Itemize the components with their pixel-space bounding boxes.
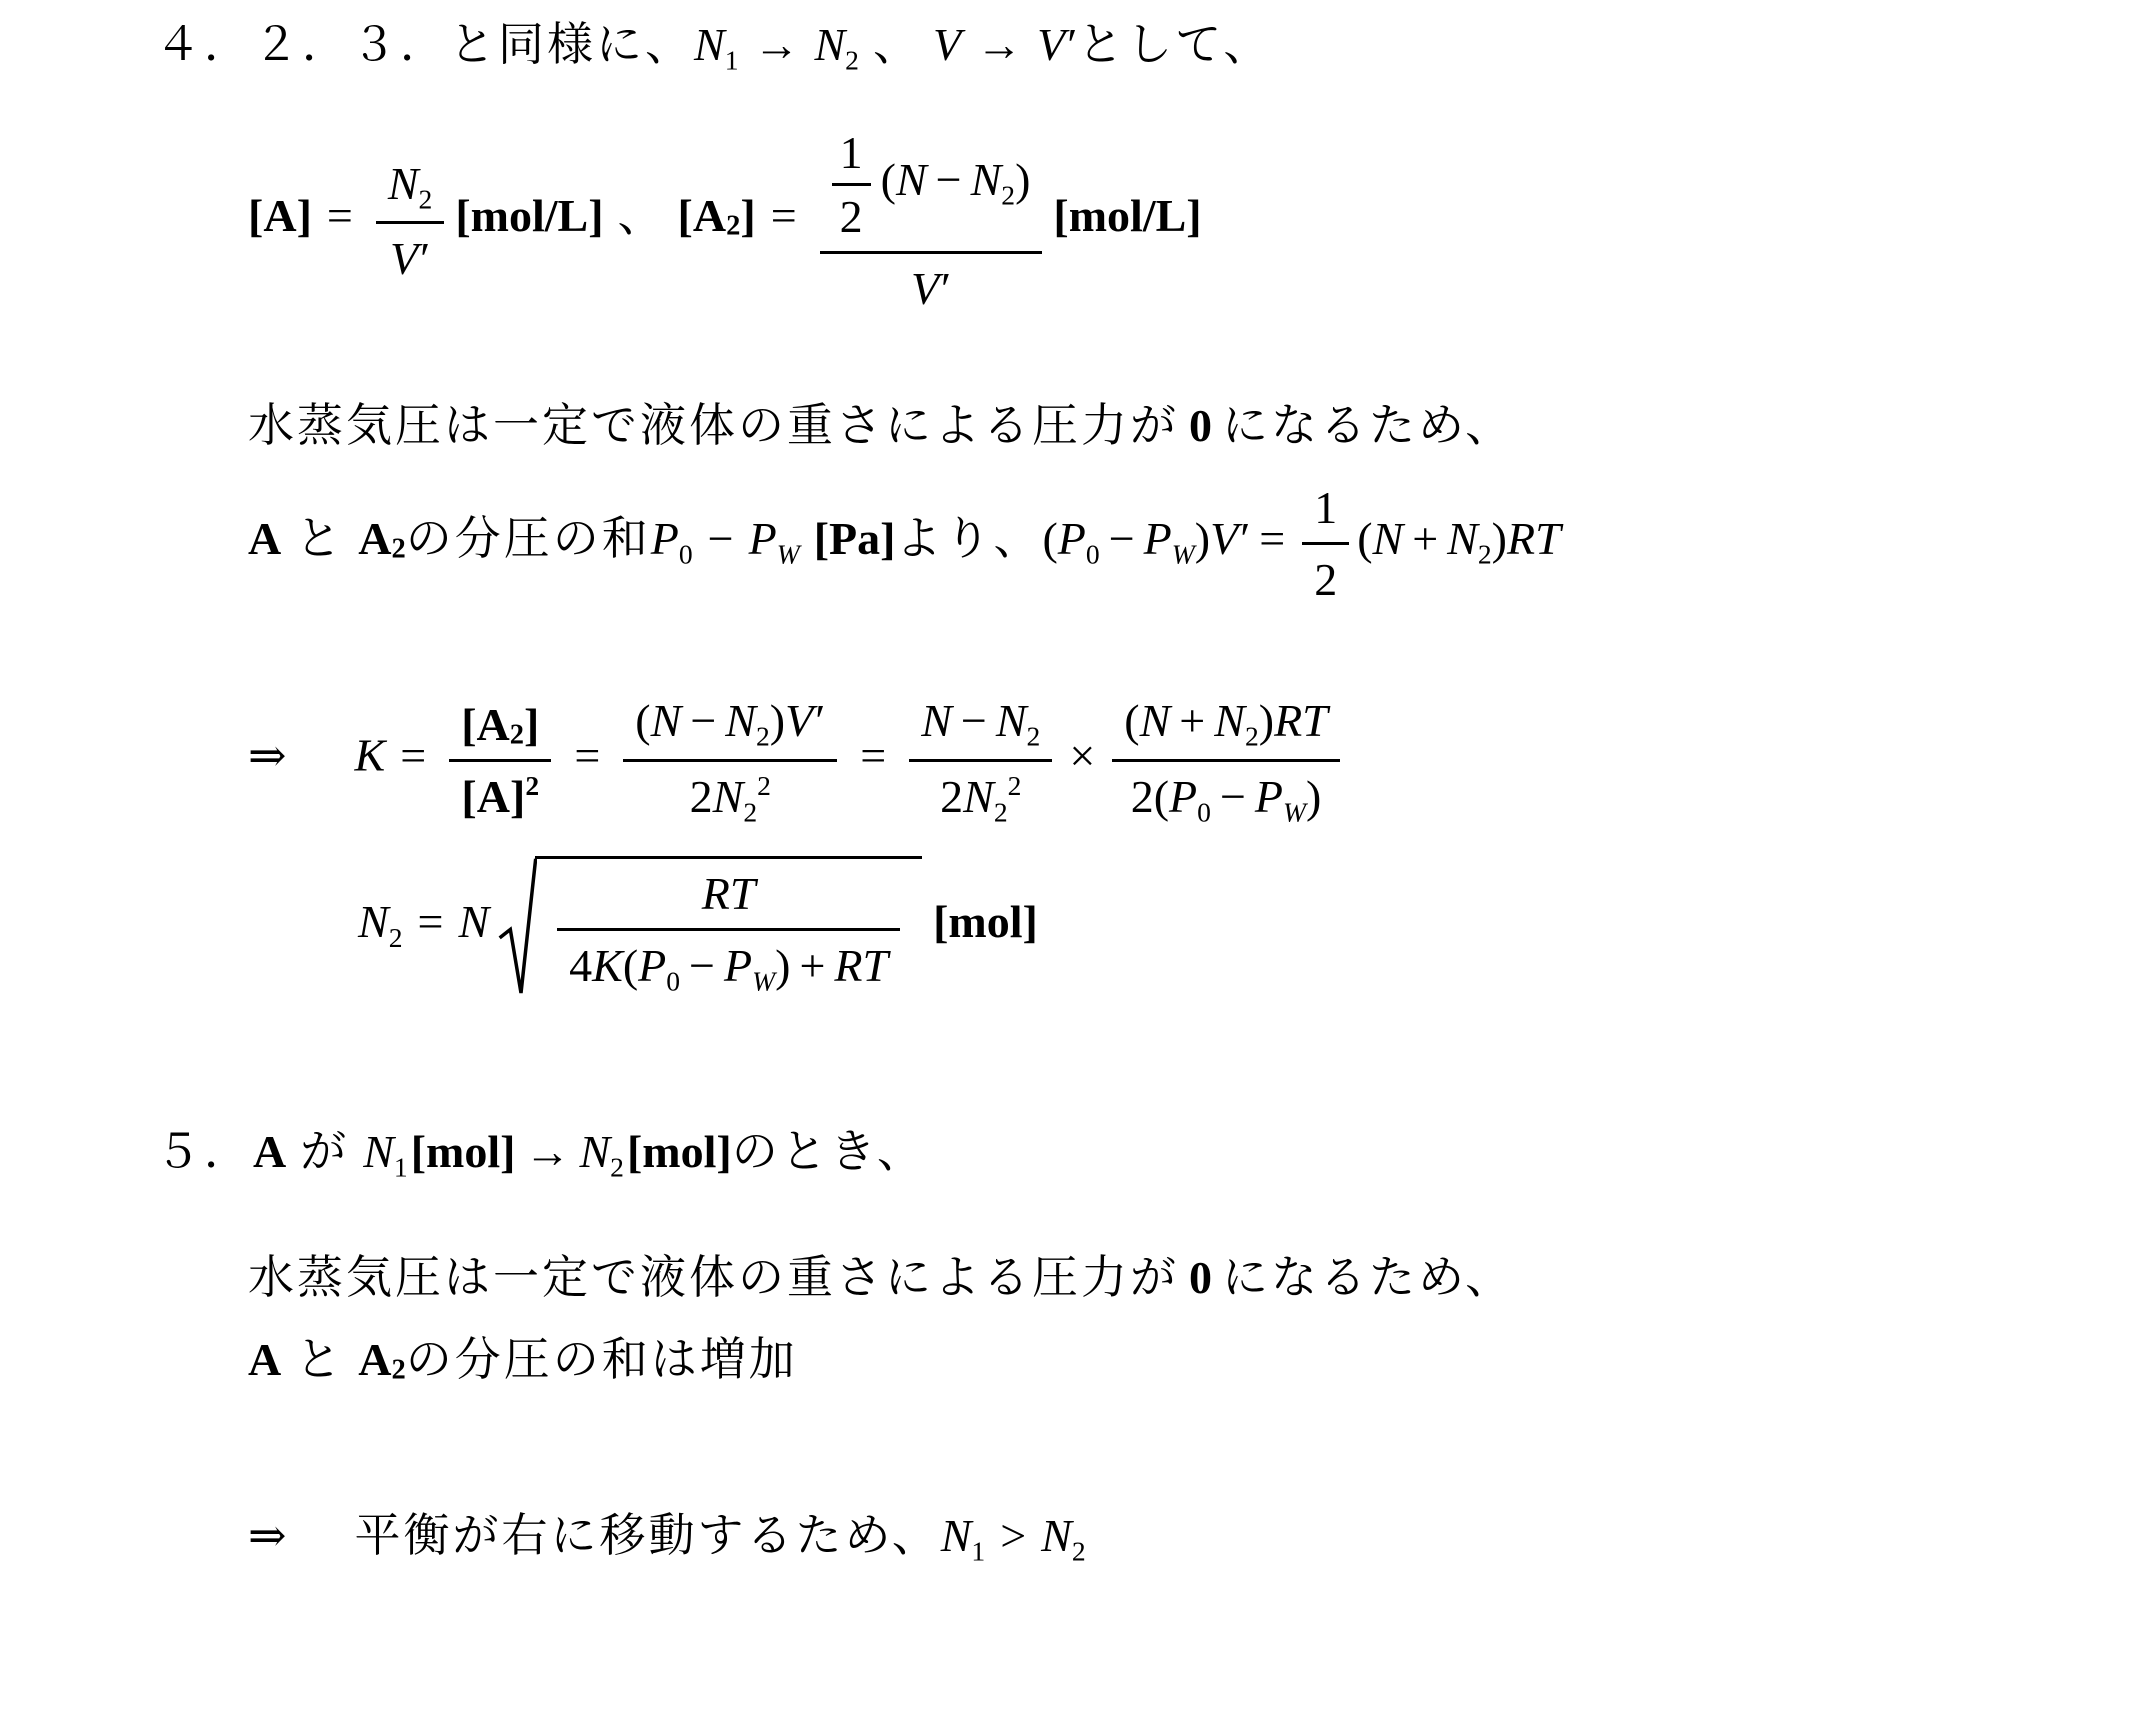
subscript-1: 1 bbox=[394, 1152, 408, 1183]
vapor-text-a: 水蒸気圧は一定で液体の重さによる圧力が bbox=[248, 400, 1179, 451]
var-K: K bbox=[592, 940, 623, 991]
subscript-0: 0 bbox=[666, 965, 680, 996]
paren-close: ) bbox=[770, 695, 785, 746]
unit-mol: [mol] bbox=[627, 1126, 732, 1177]
vapor-text-b: になるため、 bbox=[1222, 1252, 1514, 1303]
particle-ga: が bbox=[300, 1126, 349, 1177]
var-V: V bbox=[1037, 19, 1065, 70]
conclusion-line: ⇒平衡が右に移動するため、N1>N2 bbox=[248, 1499, 2147, 1565]
fraction-nminusn2-over-2n2sq: N−N22N22 bbox=[909, 692, 1052, 828]
yori-text: より、 bbox=[895, 513, 1042, 564]
paren-close: ) bbox=[1306, 771, 1321, 822]
bracket-close: ] bbox=[524, 699, 539, 750]
species-A: A bbox=[248, 1334, 281, 1385]
var-V: V bbox=[390, 233, 418, 284]
sum-increase-line: AとA2の分圧の和は増加 bbox=[248, 1323, 2147, 1389]
unit-mol-per-L: [mol/L] bbox=[1053, 190, 1201, 241]
prime-mark: ′ bbox=[1240, 513, 1250, 564]
species-A: A bbox=[253, 1126, 286, 1177]
operator-minus: − bbox=[1109, 513, 1135, 564]
superscript-2: 2 bbox=[757, 769, 771, 800]
paren-open: ( bbox=[635, 695, 650, 746]
heading4-text: ４．２．３．と同様に、 bbox=[155, 19, 694, 70]
subscript-2: 2 bbox=[389, 922, 403, 953]
species-A-bracketed: [A] bbox=[248, 190, 312, 241]
subscript-2: 2 bbox=[1478, 539, 1492, 570]
paren-open: ( bbox=[623, 940, 638, 991]
var-P: P bbox=[1058, 513, 1086, 564]
species-A: A bbox=[477, 699, 510, 750]
fraction-denominator: V′ bbox=[820, 254, 1043, 317]
var-N: N bbox=[458, 896, 489, 947]
operator-greater-than: > bbox=[1000, 1510, 1026, 1561]
bracket-close: ] bbox=[297, 190, 312, 241]
species-A: A bbox=[358, 513, 391, 564]
prime-mark: ′ bbox=[815, 695, 825, 746]
var-N: N bbox=[358, 896, 389, 947]
subscript-2: 2 bbox=[391, 534, 405, 565]
var-P: P bbox=[1144, 513, 1172, 564]
var-V: V bbox=[1210, 513, 1238, 564]
pressure-relation: AとA2の分圧の和P0−PW[Pa]より、(P0−PW)V′=12(N+N2)R… bbox=[248, 479, 2147, 608]
subscript-1: 1 bbox=[725, 45, 739, 76]
fraction-numerator: N2 bbox=[376, 155, 444, 224]
var-RT: RT bbox=[834, 940, 888, 991]
paren-close: ) bbox=[1195, 513, 1210, 564]
bracket-close: ] bbox=[510, 771, 525, 822]
operator-plus: + bbox=[799, 940, 825, 991]
paren-open: ( bbox=[1042, 513, 1057, 564]
n2-result-eq: N2=NRT4K(P0−PW)+RT[mol] bbox=[358, 856, 2147, 997]
fraction-denominator: 4K(P0−PW)+RT bbox=[557, 931, 900, 997]
var-P: P bbox=[1255, 771, 1283, 822]
fraction-numerator: (N−N2)V′ bbox=[623, 692, 837, 761]
bracket-open: [ bbox=[461, 771, 476, 822]
bracket-close: ] bbox=[740, 190, 755, 241]
operator-equals: = bbox=[327, 190, 353, 241]
superscript-2: 2 bbox=[1008, 769, 1022, 800]
subscript-2: 2 bbox=[1072, 1536, 1086, 1567]
fraction-numerator: 1 bbox=[1302, 479, 1349, 545]
operator-plus: + bbox=[1412, 513, 1438, 564]
subscript-2: 2 bbox=[610, 1152, 624, 1183]
unit-Pa: [Pa] bbox=[814, 513, 896, 564]
operator-equals: = bbox=[860, 730, 886, 781]
superscript-2: 2 bbox=[525, 769, 539, 800]
arrow-icon: → bbox=[976, 19, 1022, 70]
radicand: RT4K(P0−PW)+RT bbox=[535, 856, 922, 997]
prime-mark: ′ bbox=[1067, 19, 1077, 70]
subscript-2: 2 bbox=[391, 1355, 405, 1386]
comma: 、 bbox=[873, 19, 919, 70]
var-P: P bbox=[651, 513, 679, 564]
subscript-0: 0 bbox=[1086, 539, 1100, 570]
subscript-W: W bbox=[1172, 539, 1195, 570]
concentration-formulas: [A]=N2V′[mol/L]、[A2]=12(N−N2)V′[mol/L] bbox=[248, 124, 2147, 317]
bracket-open: [ bbox=[678, 190, 693, 241]
species-A2: A2 bbox=[358, 1334, 406, 1385]
implies-icon: ⇒ bbox=[248, 1510, 287, 1561]
vapor-text-b: になるため、 bbox=[1222, 400, 1514, 451]
subscript-0: 0 bbox=[1197, 796, 1211, 827]
var-P: P bbox=[749, 513, 777, 564]
bracket-open: [ bbox=[248, 190, 263, 241]
fraction-numerator: N−N2 bbox=[909, 692, 1052, 761]
prime-mark: ′ bbox=[420, 233, 430, 284]
var-N: N bbox=[1214, 695, 1245, 746]
fraction-denominator: 2(P0−PW) bbox=[1112, 762, 1339, 828]
particle-to: と bbox=[295, 1334, 344, 1385]
unit-mol: [mol] bbox=[411, 1126, 516, 1177]
fraction-numerator: (N+N2)RT bbox=[1112, 692, 1339, 761]
coefficient-2: 2 bbox=[690, 771, 713, 822]
subscript-W: W bbox=[752, 965, 775, 996]
sqrt-radical: RT4K(P0−PW)+RT bbox=[497, 856, 922, 997]
equilibrium-shift-text: 平衡が右に移動するため、 bbox=[355, 1510, 941, 1561]
fraction-n2-over-vprime: N2V′ bbox=[376, 155, 444, 287]
species-A: A bbox=[248, 513, 281, 564]
vapor-note-2: 水蒸気圧は一定で液体の重さによる圧力が0になるため、 bbox=[248, 1241, 2147, 1307]
subscript-2: 2 bbox=[994, 796, 1008, 827]
operator-minus: − bbox=[1220, 771, 1246, 822]
arrow-icon: → bbox=[753, 19, 799, 70]
var-N: N bbox=[1041, 1510, 1072, 1561]
fraction-A2-over-A-squared: [A2][A]2 bbox=[449, 696, 551, 825]
unit-mol-per-L: [mol/L] bbox=[455, 190, 603, 241]
species-A: A bbox=[263, 190, 296, 241]
fraction-half-n-minus-n2-over-vprime: 12(N−N2)V′ bbox=[820, 124, 1043, 317]
operator-equals: = bbox=[1259, 513, 1285, 564]
coefficient-4: 4 bbox=[569, 940, 592, 991]
species-A: A bbox=[358, 1334, 391, 1385]
implies-icon: ⇒ bbox=[248, 730, 287, 781]
var-RT: RT bbox=[1507, 513, 1561, 564]
fraction-numerator: 12(N−N2) bbox=[820, 124, 1043, 254]
heading-step4: ４．２．３．と同様に、N1→N2、V→V′として、 bbox=[155, 8, 2147, 74]
paren-open: ( bbox=[1357, 513, 1372, 564]
paren-open: ( bbox=[881, 154, 896, 205]
var-P: P bbox=[1169, 771, 1197, 822]
var-N: N bbox=[814, 19, 845, 70]
fraction-nminusn2-vprime-over-2n2sq: (N−N2)V′2N22 bbox=[623, 692, 837, 828]
species-A: A bbox=[477, 771, 510, 822]
operator-equals: = bbox=[574, 730, 600, 781]
var-P: P bbox=[724, 940, 752, 991]
var-N: N bbox=[694, 19, 725, 70]
var-N: N bbox=[651, 695, 682, 746]
particle-to: と bbox=[295, 513, 344, 564]
var-V: V bbox=[933, 19, 961, 70]
var-N: N bbox=[388, 158, 419, 209]
comma: 、 bbox=[618, 190, 664, 241]
fraction-one-half: 12 bbox=[832, 126, 871, 243]
paren-close: ) bbox=[775, 940, 790, 991]
no-toki-text: のとき、 bbox=[732, 1126, 926, 1177]
fraction-denominator: 2 bbox=[832, 186, 871, 243]
subscript-2: 2 bbox=[510, 719, 524, 750]
subscript-1: 1 bbox=[971, 1536, 985, 1567]
heading4-tail: として、 bbox=[1077, 19, 1272, 70]
paren-open: ( bbox=[1154, 771, 1169, 822]
coefficient-2: 2 bbox=[1131, 771, 1154, 822]
fraction-denominator: 2 bbox=[1302, 545, 1349, 608]
paren-close: ) bbox=[1492, 513, 1507, 564]
coefficient-2: 2 bbox=[940, 771, 963, 822]
heading-step5: ５．AがN1[mol]→N2[mol]のとき、 bbox=[155, 1115, 2147, 1181]
paren-close: ) bbox=[1015, 154, 1030, 205]
subscript-2: 2 bbox=[756, 721, 770, 752]
var-V: V bbox=[785, 695, 813, 746]
var-P: P bbox=[638, 940, 666, 991]
subscript-2: 2 bbox=[845, 45, 859, 76]
species-A2: A2 bbox=[358, 513, 406, 564]
operator-minus: − bbox=[689, 940, 715, 991]
operator-equals: = bbox=[400, 730, 426, 781]
fraction-numerator: RT bbox=[557, 865, 900, 931]
operator-plus: + bbox=[1179, 695, 1205, 746]
var-N: N bbox=[1140, 695, 1171, 746]
var-N: N bbox=[941, 1510, 972, 1561]
var-RT: RT bbox=[1274, 695, 1328, 746]
var-N: N bbox=[921, 695, 952, 746]
subscript-2: 2 bbox=[1027, 721, 1041, 752]
var-N: N bbox=[896, 154, 927, 205]
fraction-numerator: 1 bbox=[832, 126, 871, 186]
operator-minus: − bbox=[961, 695, 987, 746]
fraction-denominator: [A]2 bbox=[449, 762, 551, 825]
var-N: N bbox=[1447, 513, 1478, 564]
zero-value: 0 bbox=[1189, 1252, 1212, 1303]
subscript-0: 0 bbox=[679, 539, 693, 570]
fraction-denominator: 2N22 bbox=[623, 762, 837, 828]
var-N: N bbox=[725, 695, 756, 746]
operator-minus: − bbox=[690, 695, 716, 746]
subscript-2: 2 bbox=[419, 183, 433, 214]
sum-increase-text: の分圧の和は増加 bbox=[406, 1334, 798, 1385]
species-A2-bracketed: [A2] bbox=[678, 190, 756, 241]
operator-minus: − bbox=[708, 513, 734, 564]
species-A: A bbox=[693, 190, 726, 241]
fraction-rt-over-4k: RT4K(P0−PW)+RT bbox=[557, 865, 900, 997]
fraction-nplusn2rt-over-2p0minuspw: (N+N2)RT2(P0−PW) bbox=[1112, 692, 1339, 828]
heading5-number: ５． bbox=[155, 1126, 253, 1177]
var-N: N bbox=[971, 154, 1002, 205]
var-N: N bbox=[363, 1126, 394, 1177]
var-N: N bbox=[713, 771, 744, 822]
arrow-icon: → bbox=[524, 1126, 570, 1177]
fraction-denominator: V′ bbox=[376, 224, 444, 287]
prime-mark: ′ bbox=[941, 263, 951, 314]
subscript-W: W bbox=[1283, 796, 1306, 827]
equilibrium-constant-eq: ⇒K=[A2][A]2=(N−N2)V′2N22=N−N22N22×(N+N2)… bbox=[248, 692, 2147, 828]
var-N: N bbox=[963, 771, 994, 822]
operator-times: × bbox=[1069, 730, 1095, 781]
operator-equals: = bbox=[417, 896, 443, 947]
paren-close: ) bbox=[1259, 695, 1274, 746]
operator-minus: − bbox=[936, 154, 962, 205]
var-V: V bbox=[911, 263, 939, 314]
fraction-one-half: 12 bbox=[1302, 479, 1349, 608]
subscript-W: W bbox=[777, 539, 800, 570]
subscript-2: 2 bbox=[726, 211, 740, 242]
var-N: N bbox=[579, 1126, 610, 1177]
unit-mol: [mol] bbox=[933, 896, 1038, 947]
bracket-open: [ bbox=[461, 699, 476, 750]
subscript-2: 2 bbox=[1245, 721, 1259, 752]
var-N: N bbox=[1373, 513, 1404, 564]
zero-value: 0 bbox=[1189, 400, 1212, 451]
operator-equals: = bbox=[771, 190, 797, 241]
var-N: N bbox=[996, 695, 1027, 746]
paren-open: ( bbox=[1124, 695, 1139, 746]
fraction-numerator: [A2] bbox=[449, 696, 551, 762]
vapor-text-a: 水蒸気圧は一定で液体の重さによる圧力が bbox=[248, 1252, 1179, 1303]
subscript-2: 2 bbox=[1001, 180, 1015, 211]
radical-sign-icon bbox=[497, 856, 537, 997]
partial-sum-text: の分圧の和 bbox=[406, 513, 651, 564]
vapor-note-1: 水蒸気圧は一定で液体の重さによる圧力が0になるため、 bbox=[248, 389, 2147, 455]
var-K: K bbox=[355, 730, 386, 781]
var-RT: RT bbox=[702, 868, 756, 919]
fraction-denominator: 2N22 bbox=[909, 762, 1052, 828]
subscript-2: 2 bbox=[743, 796, 757, 827]
document-page: ４．２．３．と同様に、N1→N2、V→V′として、 [A]=N2V′[mol/L… bbox=[0, 0, 2147, 1724]
